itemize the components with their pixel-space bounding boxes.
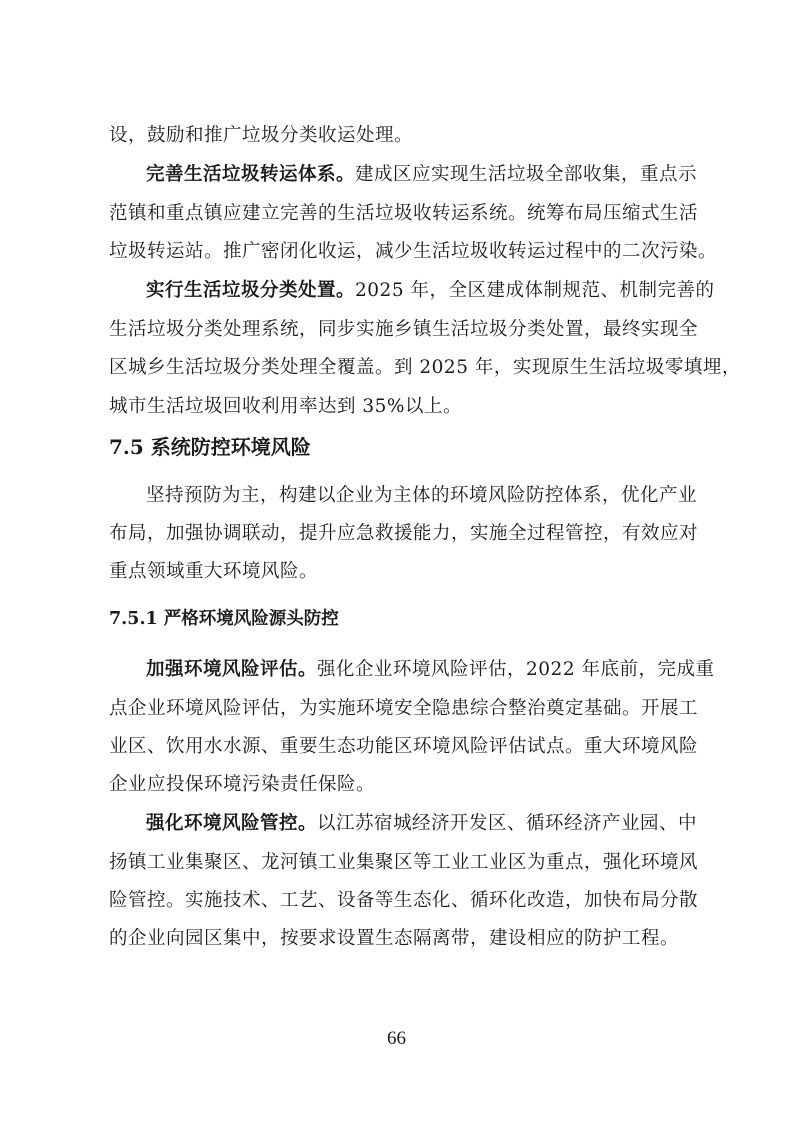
text-line: 坚持预防为主，构建以企业为主体的环境风险防控体系，优化产业 — [146, 484, 689, 508]
text-line: 设，鼓励和推广垃圾分类收运处理。 — [109, 124, 689, 148]
text-line: 生活垃圾分类处理系统，同步实施乡镇生活垃圾分类处置，最终实现全 — [109, 318, 689, 342]
paragraph-lead: 完善生活垃圾转运体系。 — [146, 164, 355, 185]
text-line: 强化环境风险管控。以江苏宿城经济开发区、循环经济产业园、中 — [146, 812, 689, 836]
text-line: 垃圾转运站。推广密闭化收运，减少生活垃圾收转运过程中的二次污染。 — [109, 240, 689, 264]
paragraph-lead: 实行生活垃圾分类处置。 — [146, 280, 355, 301]
paragraph-lead: 强化环境风险管控。 — [146, 813, 317, 834]
text-line: 加强环境风险评估。强化企业环境风险评估，2022 年底前，完成重 — [146, 658, 689, 682]
text-line: 实行生活垃圾分类处置。2025 年，全区建成体制规范、机制完善的 — [146, 279, 689, 303]
text-line: 城市生活垃圾回收利用率达到 35%以上。 — [109, 395, 689, 419]
section-heading: 7.5 系统防控环境风险 — [109, 434, 311, 460]
text-line: 布局，加强协调联动，提升应急救援能力，实施全过程管控，有效应对 — [109, 522, 689, 546]
paragraph-lead: 加强环境风险评估。 — [146, 659, 317, 680]
subsection-heading: 7.5.1 严格环境风险源头防控 — [109, 607, 339, 631]
text-line: 的企业向园区集中，按要求设置生态隔离带，建设相应的防护工程。 — [109, 927, 689, 951]
text-line: 完善生活垃圾转运体系。建成区应实现生活垃圾全部收集，重点示 — [146, 163, 689, 187]
text-line: 扬镇工业集聚区、龙河镇工业集聚区等工业工业区为重点，强化环境风 — [109, 851, 689, 875]
text-line: 企业应投保环境污染责任保险。 — [109, 773, 689, 797]
text-line: 重点领域重大环境风险。 — [109, 560, 689, 584]
page-number: 66 — [0, 1028, 793, 1050]
text-line: 区城乡生活垃圾分类处理全覆盖。到 2025 年，实现原生生活垃圾零填埋， — [109, 356, 689, 380]
text-line: 范镇和重点镇应建立完善的生活垃圾收转运系统。统筹布局压缩式生活 — [109, 202, 689, 226]
text-line: 业区、饮用水水源、重要生态功能区环境风险评估试点。重大环境风险 — [109, 735, 689, 759]
text-line: 点企业环境风险评估，为实施环境安全隐患综合整治奠定基础。开展工 — [109, 697, 689, 721]
text-line: 险管控。实施技术、工艺、设备等生态化、循环化改造，加快布局分散 — [109, 889, 689, 913]
document-page: 设，鼓励和推广垃圾分类收运处理。 完善生活垃圾转运体系。建成区应实现生活垃圾全部… — [0, 0, 793, 1122]
